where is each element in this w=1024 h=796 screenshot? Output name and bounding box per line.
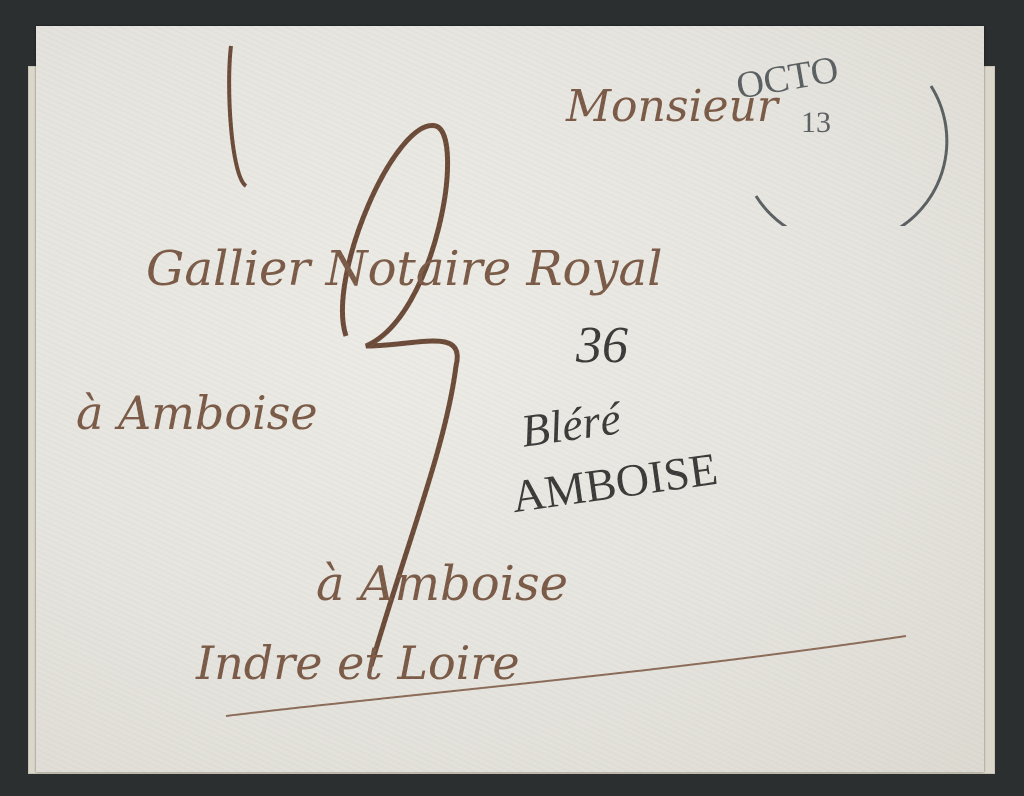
address-line-1: à Amboise <box>76 386 318 440</box>
cancel-number: 36 <box>576 316 628 375</box>
rate-marking-stroke <box>36 26 984 772</box>
letter-cover: Monsieur Gallier Notaire Royal à Amboise… <box>36 26 984 772</box>
cancel-region: AMBOISE <box>508 442 720 523</box>
cancel-town: Bléré <box>518 391 624 457</box>
addressee-title: Monsieur <box>566 81 778 132</box>
address-line-2: à Amboise <box>316 556 568 612</box>
address-department: Indre et Loire <box>196 636 520 690</box>
addressee-name: Gallier Notaire Royal <box>146 241 663 297</box>
datestamp-month: OCTO <box>733 47 842 108</box>
circular-datestamp: OCTO 13 <box>736 46 966 226</box>
datestamp-day: 13 <box>801 106 831 140</box>
